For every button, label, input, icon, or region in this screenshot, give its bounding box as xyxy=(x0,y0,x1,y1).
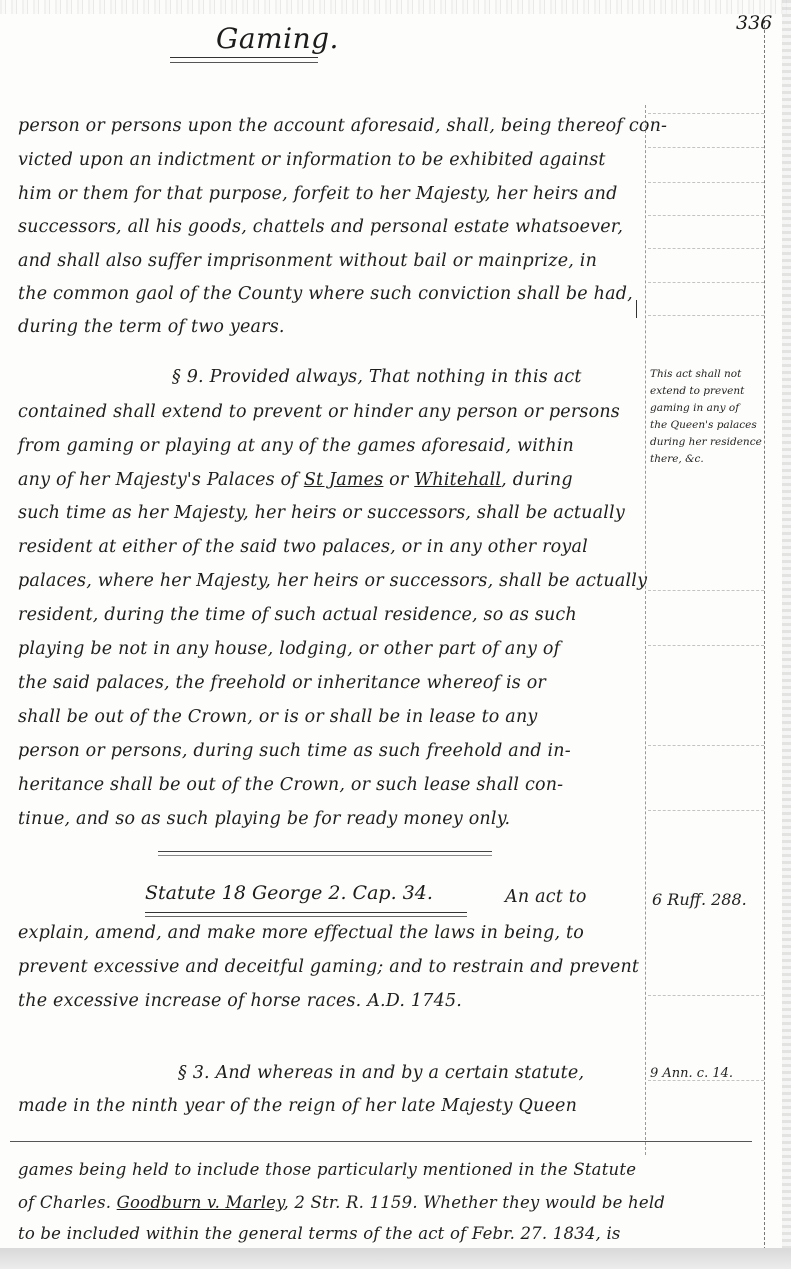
text-line: resident, during the time of such actual… xyxy=(18,605,577,625)
margin-note-line: gaming in any of xyxy=(650,402,739,414)
text-line: successors, all his goods, chattels and … xyxy=(18,217,623,237)
margin-ruled-line xyxy=(648,182,764,183)
text-line: resident at either of the said two palac… xyxy=(18,537,588,557)
statute-heading: Statute 18 George 2. Cap. 34. xyxy=(145,882,433,904)
margin-ruled-line xyxy=(648,282,764,283)
pencil-mark xyxy=(636,300,637,318)
margin-note-line: This act shall not xyxy=(650,368,741,380)
underlined-term: Whitehall xyxy=(414,470,501,490)
text-line: made in the ninth year of the reign of h… xyxy=(18,1096,577,1116)
statute-text-line: the excessive increase of horse races. A… xyxy=(18,991,462,1011)
margin-ruled-line xyxy=(648,745,764,746)
text-line: any of her Majesty's Palaces of St James… xyxy=(18,470,573,490)
statute-underline xyxy=(145,912,467,917)
text-line: contained shall extend to prevent or hin… xyxy=(18,402,620,422)
section-divider xyxy=(158,851,492,856)
text-line: heritance shall be out of the Crown, or … xyxy=(18,775,563,795)
text-line: such time as her Majesty, her heirs or s… xyxy=(18,503,625,523)
text-line: playing be not in any house, lodging, or… xyxy=(18,639,560,659)
statute-text-line: explain, amend, and make more effectual … xyxy=(18,923,584,943)
manuscript-page: 336 Gaming. person or persons upon the a… xyxy=(0,0,791,1269)
margin-ruled-line xyxy=(648,215,764,216)
scan-bottom-shadow xyxy=(0,1248,791,1269)
text-line: the said palaces, the freehold or inheri… xyxy=(18,673,546,693)
margin-reference-section-3: 9 Ann. c. 14. xyxy=(650,1066,733,1081)
text-line: shall be out of the Crown, or is or shal… xyxy=(18,707,538,727)
margin-ruled-line xyxy=(648,315,764,316)
footnote-line: of Charles. Goodburn v. Marley, 2 Str. R… xyxy=(18,1193,665,1212)
text-line: palaces, where her Majesty, her heirs or… xyxy=(18,571,647,591)
margin-note-line: there, &c. xyxy=(650,453,704,465)
statute-text-line: An act to xyxy=(505,887,587,907)
margin-ruled-line xyxy=(648,147,764,148)
footnote-divider xyxy=(10,1141,752,1142)
margin-rule-left xyxy=(645,105,646,1155)
margin-ruled-line xyxy=(648,645,764,646)
underlined-term: Goodburn v. Marley xyxy=(117,1193,284,1212)
margin-ruled-line xyxy=(648,248,764,249)
margin-note-line: the Queen's palaces xyxy=(650,419,757,431)
text-line: person or persons, during such time as s… xyxy=(18,741,571,761)
footnote-line: to be included within the general terms … xyxy=(18,1224,621,1243)
text-line: tinue, and so as such playing be for rea… xyxy=(18,809,510,829)
margin-reference-statute: 6 Ruff. 288. xyxy=(652,890,747,909)
section-9-heading-line: § 9. Provided always, That nothing in th… xyxy=(172,367,582,387)
margin-ruled-line xyxy=(648,995,764,996)
page-edge xyxy=(782,0,791,1269)
text-line: person or persons upon the account afore… xyxy=(18,116,667,136)
page-number: 336 xyxy=(736,12,772,34)
text-line: victed upon an indictment or information… xyxy=(18,150,606,170)
scan-noise-band xyxy=(0,0,791,14)
page-title: Gaming. xyxy=(216,22,339,55)
margin-note-line: during her residence xyxy=(650,436,762,448)
text-line: from gaming or playing at any of the gam… xyxy=(18,436,574,456)
footnote-line: games being held to include those partic… xyxy=(18,1160,636,1179)
statute-text-line: prevent excessive and deceitful gaming; … xyxy=(18,957,639,977)
margin-ruled-line xyxy=(648,810,764,811)
section-3-heading-line: § 3. And whereas in and by a certain sta… xyxy=(178,1063,584,1083)
text-line: him or them for that purpose, forfeit to… xyxy=(18,184,618,204)
margin-note-line: extend to prevent xyxy=(650,385,744,397)
underlined-term: St James xyxy=(304,470,384,490)
margin-ruled-line xyxy=(648,590,764,591)
text-line: the common gaol of the County where such… xyxy=(18,284,633,304)
title-underline xyxy=(170,57,318,63)
margin-ruled-line xyxy=(648,113,764,114)
text-line: during the term of two years. xyxy=(18,317,285,337)
margin-rule-right xyxy=(764,20,765,1250)
text-line: and shall also suffer imprisonment witho… xyxy=(18,251,597,271)
